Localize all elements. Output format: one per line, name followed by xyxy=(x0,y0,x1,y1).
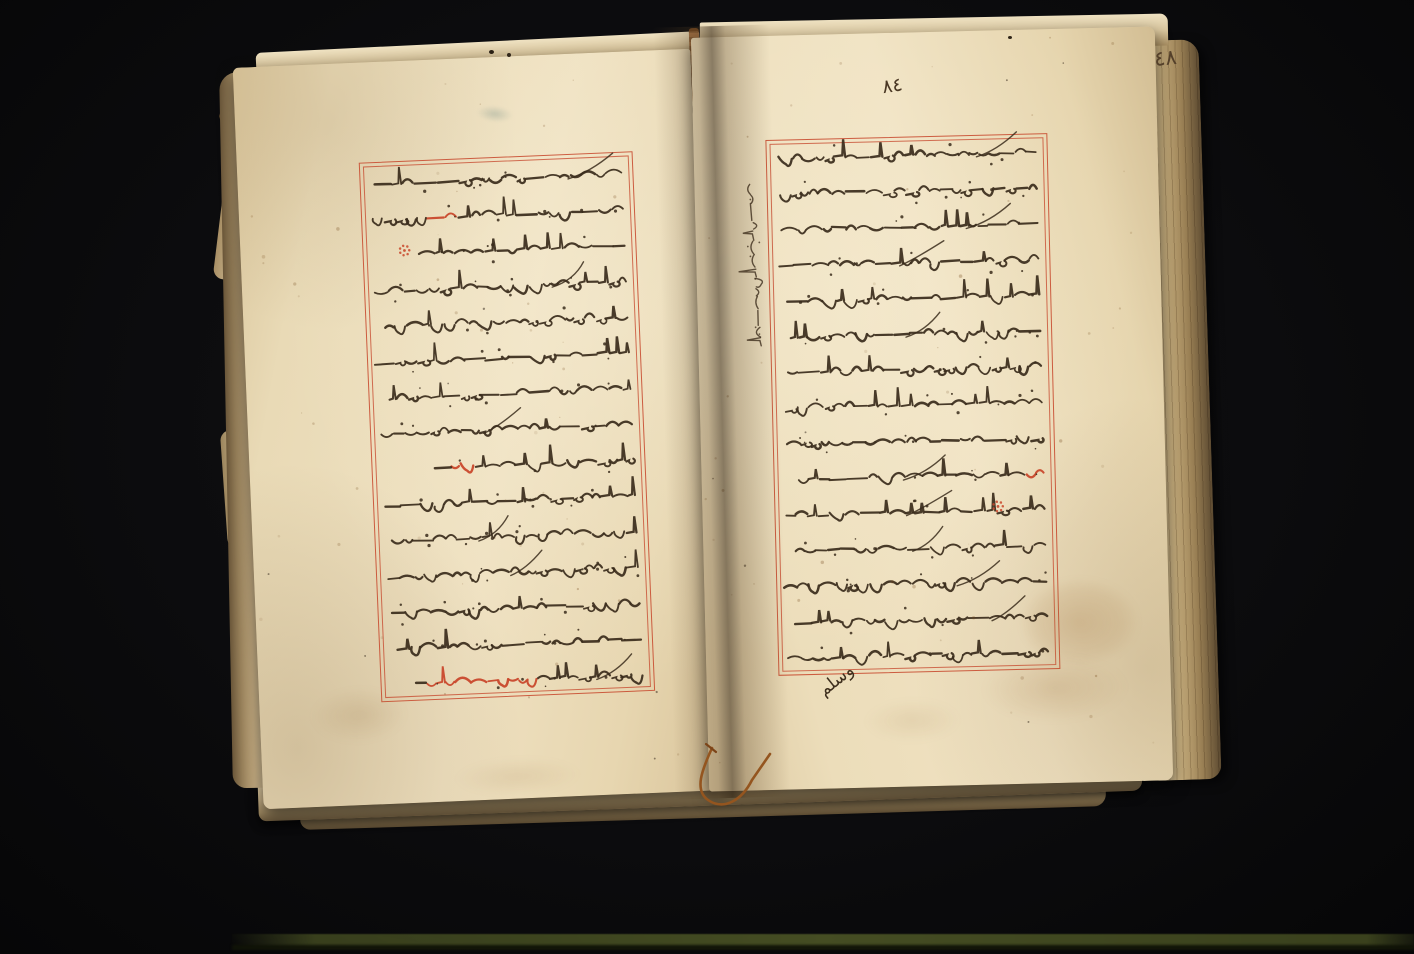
page-head-numeral: ٨٤ xyxy=(881,73,904,98)
speck xyxy=(489,50,494,54)
left-page-handwriting xyxy=(233,49,722,810)
right-page-handwriting xyxy=(691,26,1173,791)
speck xyxy=(507,53,511,57)
speck xyxy=(1008,36,1012,39)
folio-number: ٤٨ xyxy=(1153,45,1178,71)
right-page: ٨٤ وسلم xyxy=(691,26,1173,791)
left-page xyxy=(233,49,722,810)
photo: ٨٤ وسلم ٤٨ xyxy=(0,0,1414,954)
table-edge xyxy=(232,934,1414,949)
marginal-note xyxy=(733,184,766,347)
binding-thread xyxy=(690,742,790,838)
